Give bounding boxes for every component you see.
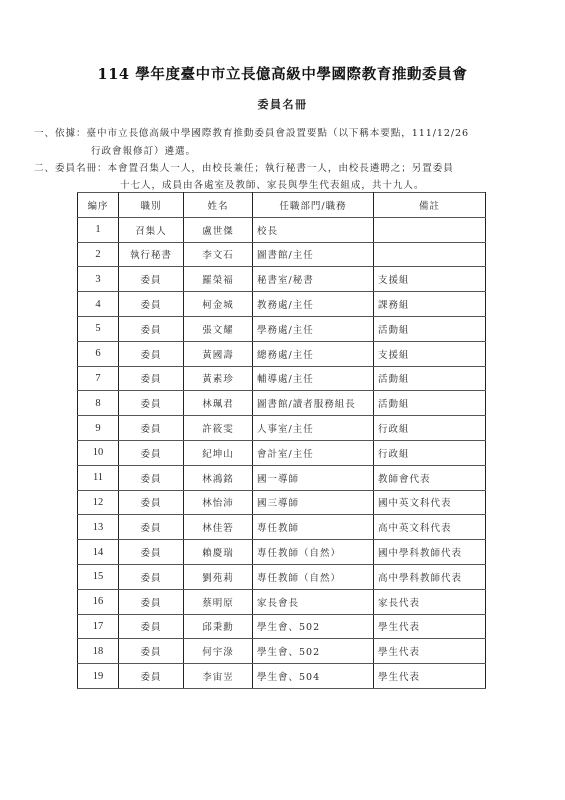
cell-note: 教師會代表: [374, 465, 486, 490]
paragraph-basis-line2: 行政會報修訂）遴選。: [91, 143, 196, 157]
cell-name: 黃素珍: [184, 366, 253, 391]
table-row: 16 委員 蔡明原 家長會長 家長代表: [78, 589, 486, 614]
table-row: 17 委員 邱秉勳 學生會、502 學生代表: [78, 614, 486, 639]
cell-role: 委員: [119, 589, 184, 614]
cell-note: 國中英文科代表: [374, 490, 486, 515]
paragraph-roster-line2: 十七人，成員由各處室及教師、家長與學生代表組成，共十九人。: [120, 177, 424, 191]
cell-role: 委員: [119, 540, 184, 565]
cell-department: 校長: [253, 217, 374, 242]
cell-role: 委員: [119, 465, 184, 490]
cell-department: 秘書室/秘書: [253, 267, 374, 292]
cell-department: 學生會、502: [253, 614, 374, 639]
cell-name: 柯金城: [184, 292, 253, 317]
cell-department: 輔導處/主任: [253, 366, 374, 391]
cell-department: 人事室/主任: [253, 416, 374, 441]
cell-role: 委員: [119, 614, 184, 639]
cell-role: 委員: [119, 292, 184, 317]
cell-department: 學生會、504: [253, 664, 374, 689]
cell-number: 17: [78, 614, 119, 639]
cell-note: 支援組: [374, 341, 486, 366]
cell-role: 委員: [119, 664, 184, 689]
header-name: 姓名: [184, 193, 253, 218]
cell-note: 活動組: [374, 366, 486, 391]
cell-note: 學生代表: [374, 639, 486, 664]
header-role: 職別: [119, 193, 184, 218]
cell-number: 15: [78, 564, 119, 589]
table-row: 6 委員 黃國壽 總務處/主任 支援組: [78, 341, 486, 366]
cell-name: 林怡沛: [184, 490, 253, 515]
header-department: 任職部門/職務: [253, 193, 374, 218]
cell-number: 11: [78, 465, 119, 490]
table-row: 3 委員 羅榮福 秘書室/秘書 支援組: [78, 267, 486, 292]
cell-name: 蔡明原: [184, 589, 253, 614]
cell-number: 9: [78, 416, 119, 441]
table-row: 15 委員 劉苑莉 專任教師（自然） 高中學科教師代表: [78, 564, 486, 589]
paragraph-roster-line1: 二、委員名冊：本會置召集人一人，由校長兼任；執行秘書一人，由校長遴聘之；另置委員: [34, 160, 454, 174]
table-row: 2 執行秘書 李文石 圖書館/主任: [78, 242, 486, 267]
table-row: 1 召集人 盧世傑 校長: [78, 217, 486, 242]
table-row: 14 委員 賴慶瑞 專任教師（自然） 國中學科教師代表: [78, 540, 486, 565]
cell-name: 何宇淥: [184, 639, 253, 664]
cell-note: 支援組: [374, 267, 486, 292]
cell-name: 劉苑莉: [184, 564, 253, 589]
cell-role: 委員: [119, 416, 184, 441]
cell-note: 國中學科教師代表: [374, 540, 486, 565]
table-row: 13 委員 林佳箬 專任教師 高中英文科代表: [78, 515, 486, 540]
cell-name: 林佳箬: [184, 515, 253, 540]
cell-role: 委員: [119, 440, 184, 465]
cell-role: 委員: [119, 341, 184, 366]
cell-department: 會計室/主任: [253, 440, 374, 465]
cell-number: 1: [78, 217, 119, 242]
cell-name: 黃國壽: [184, 341, 253, 366]
cell-department: 學生會、502: [253, 639, 374, 664]
cell-role: 委員: [119, 515, 184, 540]
table-row: 5 委員 張文耀 學務處/主任 活動組: [78, 316, 486, 341]
cell-name: 張文耀: [184, 316, 253, 341]
paragraph-basis-line1: 一、依據：臺中市立長億高級中學國際教育推動委員會設置要點（以下稱本要點，111/…: [34, 125, 469, 139]
cell-role: 委員: [119, 366, 184, 391]
table-row: 9 委員 許筱雯 人事室/主任 行政組: [78, 416, 486, 441]
cell-department: 教務處/主任: [253, 292, 374, 317]
table-header-row: 編序 職別 姓名 任職部門/職務 備註: [78, 193, 486, 218]
cell-name: 林鴻銘: [184, 465, 253, 490]
cell-department: 圖書館/主任: [253, 242, 374, 267]
cell-note: 課務組: [374, 292, 486, 317]
cell-number: 12: [78, 490, 119, 515]
table-row: 10 委員 紀坤山 會計室/主任 行政組: [78, 440, 486, 465]
cell-department: 學務處/主任: [253, 316, 374, 341]
header-number: 編序: [78, 193, 119, 218]
cell-number: 4: [78, 292, 119, 317]
cell-role: 召集人: [119, 217, 184, 242]
cell-number: 14: [78, 540, 119, 565]
cell-number: 19: [78, 664, 119, 689]
cell-department: 專任教師（自然）: [253, 540, 374, 565]
cell-department: 圖書館/讀者服務組長: [253, 391, 374, 416]
cell-name: 林珮君: [184, 391, 253, 416]
cell-note: 學生代表: [374, 664, 486, 689]
table-row: 19 委員 李宙岦 學生會、504 學生代表: [78, 664, 486, 689]
cell-note: 家長代表: [374, 589, 486, 614]
cell-number: 6: [78, 341, 119, 366]
cell-role: 委員: [119, 564, 184, 589]
cell-note: 行政組: [374, 416, 486, 441]
cell-number: 5: [78, 316, 119, 341]
table-row: 11 委員 林鴻銘 國一導師 教師會代表: [78, 465, 486, 490]
cell-department: 專任教師: [253, 515, 374, 540]
cell-number: 18: [78, 639, 119, 664]
cell-number: 2: [78, 242, 119, 267]
cell-number: 16: [78, 589, 119, 614]
cell-role: 委員: [119, 316, 184, 341]
cell-name: 盧世傑: [184, 217, 253, 242]
table-row: 18 委員 何宇淥 學生會、502 學生代表: [78, 639, 486, 664]
cell-name: 羅榮福: [184, 267, 253, 292]
table-row: 12 委員 林怡沛 國三導師 國中英文科代表: [78, 490, 486, 515]
cell-name: 李文石: [184, 242, 253, 267]
cell-name: 許筱雯: [184, 416, 253, 441]
cell-department: 總務處/主任: [253, 341, 374, 366]
cell-department: 國三導師: [253, 490, 374, 515]
cell-number: 8: [78, 391, 119, 416]
cell-note: 學生代表: [374, 614, 486, 639]
cell-name: 賴慶瑞: [184, 540, 253, 565]
document-title: 114 學年度臺中市立長億高級中學國際教育推動委員會: [0, 63, 565, 84]
cell-role: 委員: [119, 490, 184, 515]
header-note: 備註: [374, 193, 486, 218]
cell-note: 活動組: [374, 391, 486, 416]
cell-role: 委員: [119, 267, 184, 292]
cell-name: 邱秉勳: [184, 614, 253, 639]
cell-name: 李宙岦: [184, 664, 253, 689]
cell-name: 紀坤山: [184, 440, 253, 465]
table-row: 7 委員 黃素珍 輔導處/主任 活動組: [78, 366, 486, 391]
table-row: 4 委員 柯金城 教務處/主任 課務組: [78, 292, 486, 317]
cell-note: 活動組: [374, 316, 486, 341]
cell-role: 委員: [119, 639, 184, 664]
cell-role: 執行秘書: [119, 242, 184, 267]
cell-note: [374, 242, 486, 267]
cell-number: 7: [78, 366, 119, 391]
cell-number: 13: [78, 515, 119, 540]
cell-note: 高中英文科代表: [374, 515, 486, 540]
cell-department: 專任教師（自然）: [253, 564, 374, 589]
cell-note: 行政組: [374, 440, 486, 465]
cell-number: 3: [78, 267, 119, 292]
cell-number: 10: [78, 440, 119, 465]
cell-note: 高中學科教師代表: [374, 564, 486, 589]
members-table: 編序 職別 姓名 任職部門/職務 備註 1 召集人 盧世傑 校長 2 執行秘書 …: [77, 192, 486, 689]
document-subtitle: 委員名冊: [0, 96, 565, 112]
table-row: 8 委員 林珮君 圖書館/讀者服務組長 活動組: [78, 391, 486, 416]
cell-role: 委員: [119, 391, 184, 416]
cell-department: 家長會長: [253, 589, 374, 614]
cell-department: 國一導師: [253, 465, 374, 490]
cell-note: [374, 217, 486, 242]
